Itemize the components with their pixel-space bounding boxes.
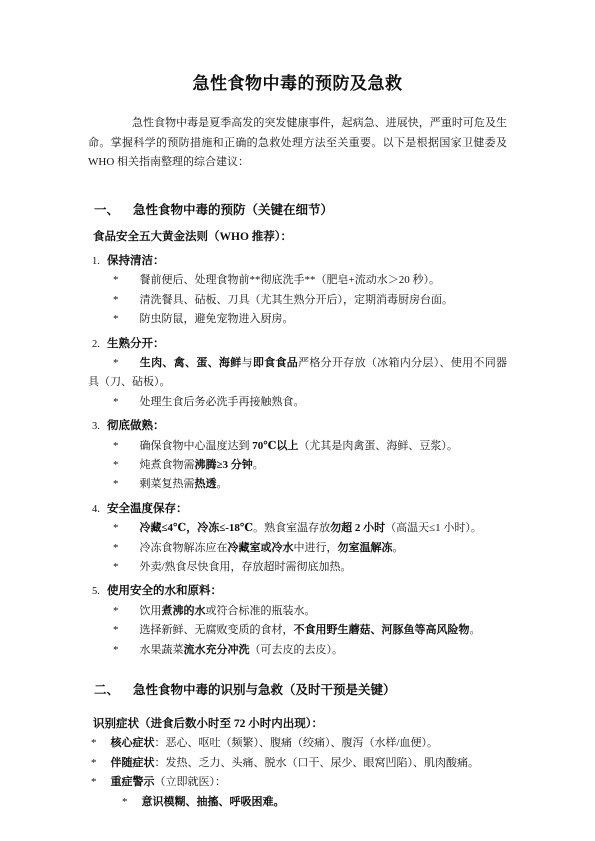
list-item-text: 剩菜复热需热透。	[140, 478, 228, 490]
section2-number: 二、	[94, 680, 119, 700]
list-item-text: 伴随症状：发热、乏力、头痛、脱水（口干、尿少、眼窝凹陷）、肌肉酸痛。	[111, 757, 480, 769]
bullet-asterisk: *	[113, 644, 119, 656]
rule-head: 2.生熟分开：	[88, 335, 507, 354]
bullet-asterisk: *	[113, 542, 119, 554]
rule-item: 4.安全温度保存： *冷藏≤4℃，冷冻≤-18℃。熟食室温存放勿超 2 小时（高…	[88, 500, 507, 578]
rule-head: 3.彻底做熟：	[88, 417, 507, 436]
rule-head: 4.安全温度保存：	[88, 500, 507, 519]
rule-number: 4.	[92, 500, 107, 519]
section1-heading: 一、急性食物中毒的预防（关键在细节）	[88, 200, 507, 220]
list-item-text: 餐前便后、处理食物前**彻底洗手**（肥皂+流动水＞20 秒）。	[140, 274, 440, 286]
section2-subheading: 识别症状（进食后数小时至 72 小时内出现）：	[88, 715, 507, 734]
section2-heading: 二、急性食物中毒的识别与急救（及时干预是关键）	[88, 680, 507, 700]
bullet-asterisk: *	[113, 440, 119, 452]
rule-label: 彻底做熟：	[107, 420, 165, 432]
list-item-text: 生肉、禽、蛋、海鲜与即食食品严格分开存放（冰箱内分层）、使用不同器具（刀、砧板）…	[88, 357, 507, 388]
list-item-text: 重症警示（立即就医）：	[111, 776, 227, 788]
list-item: *意识模糊、抽搐、呼吸困难。	[88, 793, 507, 812]
list-item: *外卖/熟食尽快食用，存放超时需彻底加热。	[88, 558, 507, 577]
list-item: *炖煮食物需沸腾≥3 分钟。	[88, 456, 507, 475]
list-item: *饮用煮沸的水或符合标准的瓶装水。	[88, 602, 507, 621]
bullet-asterisk: *	[113, 522, 119, 534]
rule-head: 5.使用安全的水和原料：	[88, 582, 507, 601]
list-item-text: 处理生食后务必洗手再接触熟食。	[140, 396, 305, 408]
bullet-asterisk: *	[113, 357, 119, 369]
list-item: *选择新鲜、无腐败变质的食材，不食用野生蘑菇、河豚鱼等高风险物。	[88, 621, 507, 640]
list-item: *冷冻食物解冻应在冷藏室或冷水中进行，勿室温解冻。	[88, 539, 507, 558]
rule-label: 保持清洁：	[107, 255, 165, 267]
intro-paragraph: 急性食物中毒是夏季高发的突发健康事件，起病急、进展快，严重时可危及生命。掌握科学…	[88, 114, 507, 173]
rule-item: 2.生熟分开： *生肉、禽、蛋、海鲜与即食食品严格分开存放（冰箱内分层）、使用不…	[88, 335, 507, 413]
bullet-asterisk: *	[113, 459, 119, 471]
bullet-asterisk: *	[113, 561, 119, 573]
list-item-text: 冷藏≤4℃，冷冻≤-18℃。熟食室温存放勿超 2 小时（高温天≤1 小时）。	[140, 522, 482, 534]
list-item-text: 炖煮食物需沸腾≥3 分钟。	[140, 459, 264, 471]
list-item: *核心症状：恶心、呕吐（频繁）、腹痛（绞痛）、腹泻（水样/血便）。	[88, 734, 507, 753]
list-item-text: 核心症状：恶心、呕吐（频繁）、腹痛（绞痛）、腹泻（水样/血便）。	[111, 737, 439, 749]
rule-label: 生熟分开：	[107, 338, 165, 350]
list-item: *处理生食后务必洗手再接触熟食。	[88, 393, 507, 412]
section1-subheading: 食品安全五大黄金法则（WHO 推荐）：	[88, 228, 507, 247]
list-item-text: 防虫防鼠，避免宠物进入厨房。	[140, 313, 294, 325]
list-item: *剩菜复热需热透。	[88, 475, 507, 494]
list-item-text: 饮用煮沸的水或符合标准的瓶装水。	[140, 605, 316, 617]
section2-heading-text: 急性食物中毒的识别与急救（及时干预是关键）	[133, 683, 396, 697]
list-item-text: 选择新鲜、无腐败变质的食材，不食用野生蘑菇、河豚鱼等高风险物。	[140, 624, 481, 636]
rule-number: 3.	[92, 417, 107, 436]
list-item: *防虫防鼠，避免宠物进入厨房。	[88, 310, 507, 329]
document-title: 急性食物中毒的预防及急救	[88, 72, 507, 96]
list-item: *确保食物中心温度达到 70℃以上（尤其是肉禽蛋、海鲜、豆浆）。	[88, 437, 507, 456]
rule-number: 1.	[92, 252, 107, 271]
list-item-text: 冷冻食物解冻应在冷藏室或冷水中进行，勿室温解冻。	[140, 542, 404, 554]
section1-number: 一、	[94, 200, 119, 220]
bullet-asterisk: *	[122, 796, 128, 808]
list-item: *伴随症状：发热、乏力、头痛、脱水（口干、尿少、眼窝凹陷）、肌肉酸痛。	[88, 754, 507, 773]
rule-number: 2.	[92, 335, 107, 354]
rule-item: 1.保持清洁： *餐前便后、处理食物前**彻底洗手**（肥皂+流动水＞20 秒）…	[88, 252, 507, 330]
bullet-asterisk: *	[113, 313, 119, 325]
list-item: *水果蔬菜流水充分冲洗（可去皮的去皮）。	[88, 641, 507, 660]
section1-heading-text: 急性食物中毒的预防（关键在细节）	[133, 203, 333, 217]
bullet-asterisk: *	[91, 737, 97, 749]
bullet-asterisk: *	[113, 274, 119, 286]
bullet-asterisk: *	[113, 294, 119, 306]
list-item: *清洗餐具、砧板、刀具（尤其生熟分开后），定期消毒厨房台面。	[88, 291, 507, 310]
rule-label: 安全温度保存：	[107, 503, 188, 515]
rule-head: 1.保持清洁：	[88, 252, 507, 271]
list-item-text: 水果蔬菜流水充分冲洗（可去皮的去皮）。	[140, 644, 344, 656]
bullet-asterisk: *	[113, 396, 119, 408]
list-item-text: 清洗餐具、砧板、刀具（尤其生熟分开后），定期消毒厨房台面。	[140, 294, 454, 306]
bullet-asterisk: *	[113, 624, 119, 636]
rule-label: 使用安全的水和原料：	[107, 585, 222, 597]
bullet-asterisk: *	[91, 776, 97, 788]
list-item: *重症警示（立即就医）：	[88, 773, 507, 792]
list-item: *餐前便后、处理食物前**彻底洗手**（肥皂+流动水＞20 秒）。	[88, 271, 507, 290]
document-page: 急性食物中毒的预防及急救 急性食物中毒是夏季高发的突发健康事件，起病急、进展快，…	[0, 0, 595, 841]
rule-item: 5.使用安全的水和原料： *饮用煮沸的水或符合标准的瓶装水。 *选择新鲜、无腐败…	[88, 582, 507, 660]
bullet-asterisk: *	[91, 757, 97, 769]
bullet-asterisk: *	[113, 478, 119, 490]
bullet-asterisk: *	[113, 605, 119, 617]
list-item-text: 外卖/熟食尽快食用，存放超时需彻底加热。	[140, 561, 352, 573]
list-item: *生肉、禽、蛋、海鲜与即食食品严格分开存放（冰箱内分层）、使用不同器具（刀、砧板…	[88, 354, 507, 393]
list-item-text: 确保食物中心温度达到 70℃以上（尤其是肉禽蛋、海鲜、豆浆）。	[140, 440, 458, 452]
list-item: *冷藏≤4℃，冷冻≤-18℃。熟食室温存放勿超 2 小时（高温天≤1 小时）。	[88, 519, 507, 538]
list-item-text: 意识模糊、抽搐、呼吸困难。	[142, 796, 285, 808]
rule-number: 5.	[92, 582, 107, 601]
rule-item: 3.彻底做熟： *确保食物中心温度达到 70℃以上（尤其是肉禽蛋、海鲜、豆浆）。…	[88, 417, 507, 495]
